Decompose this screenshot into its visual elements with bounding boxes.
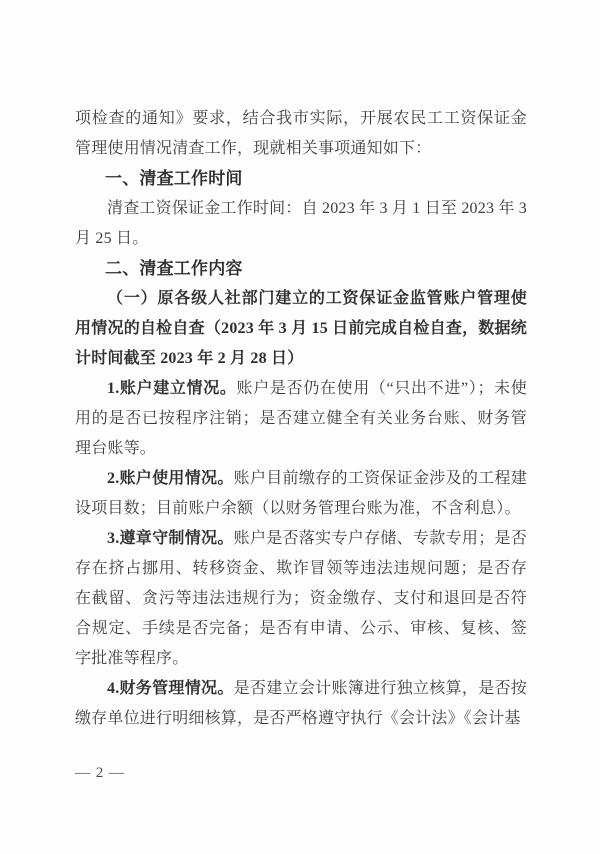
section-two-heading: 二、清查工作内容 xyxy=(75,254,527,284)
item-account-establishment-lead: 1.账户建立情况。 xyxy=(107,380,237,397)
item-rule-compliance: 3.遵章守制情况。账户是否落实专户存储、专款专用；是否存在挤占挪用、转移资金、欺… xyxy=(75,524,527,674)
item-account-usage-lead: 2.账户使用情况。 xyxy=(107,470,234,487)
document-body: 项检查的通知》要求，结合我市实际，开展农民工工资保证金管理使用情况清查工作，现就… xyxy=(75,104,527,734)
item-rule-compliance-text: 账户是否落实专户存储、专款专用；是否存在挤占挪用、转移资金、欺诈冒领等违法违规问… xyxy=(75,530,527,667)
page-number: — 2 — xyxy=(75,762,125,784)
item-account-establishment: 1.账户建立情况。账户是否仍在使用（“只出不进”）；未使用的是否已按程序注销；是… xyxy=(75,374,527,464)
section-one-heading: 一、清查工作时间 xyxy=(75,164,527,194)
document-page: 项检查的通知》要求，结合我市实际，开展农民工工资保证金管理使用情况清查工作，现就… xyxy=(0,0,600,854)
continuation-paragraph: 项检查的通知》要求，结合我市实际，开展农民工工资保证金管理使用情况清查工作，现就… xyxy=(75,104,527,164)
item-financial-management: 4.财务管理情况。是否建立会计账簿进行独立核算，是否按缴存单位进行明细核算，是否… xyxy=(75,674,527,734)
item-rule-compliance-lead: 3.遵章守制情况。 xyxy=(107,530,234,547)
item-financial-management-lead: 4.财务管理情况。 xyxy=(107,680,234,697)
subsection-one-title-paragraph: （一）原各级人社部门建立的工资保证金监管账户管理使用情况的自检自查（2023 年… xyxy=(75,284,527,374)
section-one-paragraph: 清查工资保证金工作时间：自 2023 年 3 月 1 日至 2023 年 3 月… xyxy=(75,194,527,254)
item-account-usage: 2.账户使用情况。账户目前缴存的工资保证金涉及的工程建设项目数；目前账户余额（以… xyxy=(75,464,527,524)
